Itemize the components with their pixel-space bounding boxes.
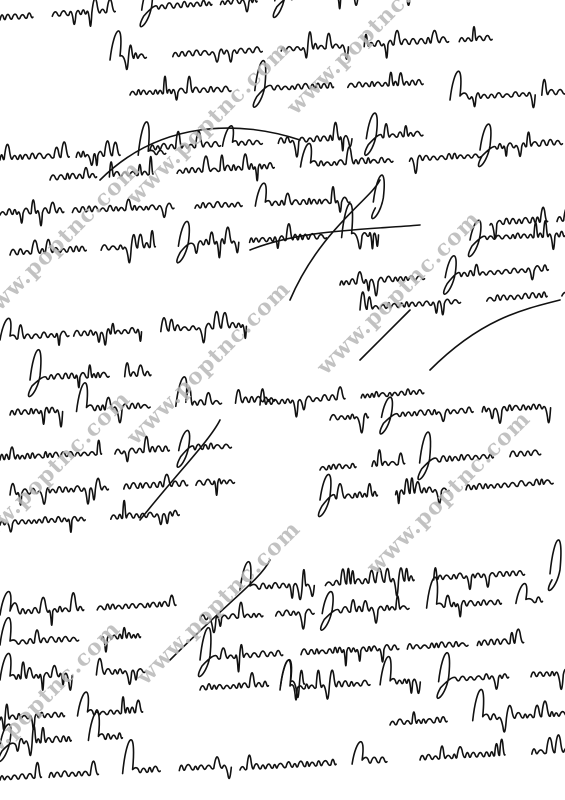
handwriting-strokes — [0, 0, 565, 780]
handwritten-word — [88, 712, 122, 740]
handwritten-word — [50, 168, 97, 180]
handwritten-word — [466, 479, 553, 490]
handwritten-word — [348, 72, 423, 87]
handwritten-word — [0, 724, 71, 761]
handwritten-word — [396, 478, 449, 504]
pen-flourish — [360, 310, 410, 360]
handwritten-word — [380, 397, 473, 434]
handwritten-word — [418, 432, 493, 480]
handwritten-word — [28, 350, 109, 397]
pen-flourish — [140, 420, 220, 520]
handwritten-word — [77, 383, 151, 423]
handwritten-word — [102, 628, 141, 652]
handwritten-word — [176, 377, 222, 406]
handwritten-word — [320, 464, 356, 470]
handwritten-word — [221, 0, 258, 12]
handwritten-word — [250, 224, 327, 248]
handwritten-word — [177, 430, 231, 467]
handwritten-word — [444, 256, 549, 294]
handwritten-word — [364, 31, 448, 58]
handwritten-word — [125, 363, 151, 377]
handwritten-word — [361, 389, 424, 398]
handwritten-word — [376, 0, 471, 5]
handwritten-word — [273, 0, 358, 17]
handwritten-word — [280, 660, 370, 700]
handwritten-word — [198, 628, 282, 677]
handwritten-word — [390, 712, 447, 725]
handwritten-word — [482, 404, 550, 423]
handwritten-word — [557, 208, 565, 221]
handwritten-word — [177, 154, 274, 181]
handwritten-word — [115, 436, 169, 461]
handwritten-word — [76, 141, 120, 165]
handwritten-word — [0, 763, 41, 780]
handwritten-word — [0, 318, 69, 345]
handwritten-word — [450, 71, 535, 107]
handwritten-word — [516, 584, 543, 604]
handwritten-word — [281, 32, 348, 59]
handwritten-word — [253, 61, 333, 108]
handwritten-word — [74, 324, 142, 345]
handwritten-word — [410, 153, 481, 173]
handwritten-word — [321, 592, 409, 631]
handwritten-word — [437, 653, 509, 699]
handwritten-word — [365, 113, 423, 155]
handwriting-canvas — [0, 0, 565, 800]
handwritten-word — [130, 76, 231, 100]
handwritten-word — [123, 740, 161, 774]
handwritten-word — [0, 618, 79, 645]
handwritten-word — [352, 742, 387, 764]
handwritten-word — [124, 474, 188, 489]
handwritten-word — [372, 175, 384, 218]
handwritten-word — [487, 292, 547, 301]
handwritten-word — [0, 13, 33, 20]
handwritten-word — [459, 27, 492, 42]
pen-flourish — [430, 300, 560, 370]
handwritten-word — [10, 240, 86, 255]
handwritten-word — [49, 761, 98, 777]
handwritten-word — [468, 220, 564, 256]
handwritten-word — [10, 407, 63, 426]
handwritten-word — [473, 689, 565, 732]
handwritten-word — [140, 0, 212, 27]
handwritten-word — [0, 142, 69, 160]
handwritten-word — [427, 577, 502, 616]
handwritten-word — [111, 501, 179, 525]
handwritten-word — [179, 757, 231, 778]
handwritten-word — [342, 204, 379, 249]
handwritten-word — [278, 122, 352, 156]
handwritten-word — [318, 474, 377, 516]
handwritten-word — [110, 31, 146, 70]
handwritten-word — [542, 80, 565, 96]
handwritten-word — [78, 692, 143, 716]
handwritten-word — [200, 673, 268, 690]
handwritten-word — [276, 609, 314, 629]
handwritten-word — [340, 272, 425, 296]
handwritten-word — [531, 669, 565, 689]
handwritten-word — [301, 143, 393, 166]
handwritten-word — [477, 629, 523, 645]
handwritten-word — [532, 735, 565, 754]
handwritten-word — [177, 221, 239, 262]
handwritten-word — [195, 202, 242, 208]
handwritten-word — [407, 642, 468, 649]
handwritten-word — [10, 478, 108, 505]
handwritten-word — [434, 568, 525, 590]
handwritten-word — [101, 231, 155, 263]
handwritten-word — [260, 387, 345, 417]
handwritten-word — [478, 124, 562, 167]
handwritten-word — [0, 200, 64, 226]
handwritten-word — [196, 479, 235, 495]
handwritten-word — [330, 413, 368, 432]
handwritten-word — [255, 183, 350, 212]
handwritten-word — [236, 390, 275, 403]
handwritten-word — [325, 568, 414, 596]
handwritten-word — [380, 657, 420, 694]
handwritten-word — [372, 450, 405, 466]
pen-flourish — [170, 560, 270, 660]
handwritten-word — [138, 122, 166, 155]
handwritten-word — [97, 595, 176, 610]
handwritten-word — [0, 440, 102, 460]
handwritten-word — [240, 755, 336, 770]
handwritten-word — [420, 739, 505, 760]
handwritten-word — [0, 517, 85, 533]
handwritten-word — [0, 592, 84, 626]
handwritten-word — [240, 562, 314, 600]
handwritten-word — [548, 540, 560, 590]
handwritten-word — [96, 659, 145, 685]
handwritten-word — [161, 312, 247, 343]
handwritten-word — [0, 653, 72, 690]
handwritten-word — [173, 47, 262, 62]
handwritten-word — [72, 199, 173, 217]
handwritten-word — [510, 450, 541, 457]
handwritten-word — [52, 0, 115, 26]
